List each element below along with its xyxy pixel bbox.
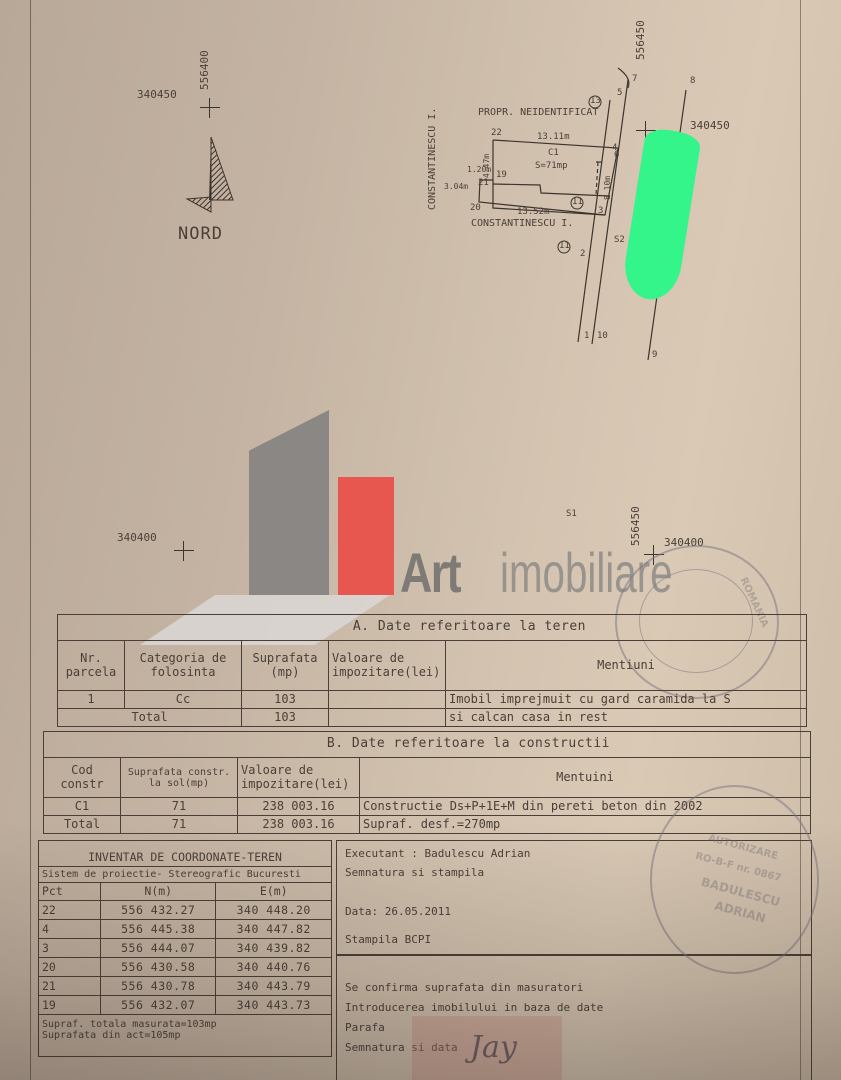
north-arrow-icon: [185, 135, 240, 215]
grid-easting-label: 340400: [117, 531, 157, 544]
table-row: 20556 430.58340 440.76: [39, 958, 332, 977]
col-header: Cod constr: [44, 758, 121, 798]
deed-area-note: Suprafata din act=105mp: [42, 1030, 328, 1041]
col-header: E(m): [216, 883, 332, 901]
col-header: Valoare de impozitare(lei): [329, 641, 446, 691]
point-label: 10: [597, 331, 608, 341]
inventory-projection: Sistem de proiectie- Stereografic Bucure…: [39, 867, 332, 883]
north-label: NORD: [178, 224, 223, 244]
grid-northing-label: 556450: [634, 20, 647, 60]
neighbor-south-label: CONSTANTINESCU I.: [471, 218, 573, 229]
signature-scribble: Jay: [470, 1030, 517, 1065]
col-header: Nr. parcela: [58, 641, 125, 691]
neighbor-number: 11: [559, 241, 570, 251]
col-header: Pct: [39, 883, 101, 901]
neighbor-north-label: PROPR. NEIDENTIFICAT: [478, 107, 598, 118]
col-header: Suprafata (mp): [242, 641, 329, 691]
point-label: 22: [491, 128, 502, 138]
point-label: 8: [690, 76, 695, 86]
table-row: 22556 432.27340 448.20: [39, 901, 332, 920]
coordinate-inventory-table: INVENTAR DE COORDONATE-TEREN Sistem de p…: [38, 840, 332, 1057]
dimension-left-lower: 3.04m: [444, 182, 468, 191]
point-label: 5: [617, 88, 622, 98]
point-label: 19: [496, 170, 507, 180]
grid-cross-icon: [200, 98, 220, 118]
grid-easting-label: 340450: [137, 88, 177, 101]
point-label: 3: [598, 206, 603, 216]
building-code: C1: [548, 148, 559, 158]
bcpi-stamp-line: Stampila BCPI: [345, 933, 431, 946]
table-row: 3556 444.07340 439.82: [39, 939, 332, 958]
point-label: 2: [580, 249, 585, 259]
station-label: S2: [614, 235, 625, 245]
point-label: 9: [652, 350, 657, 360]
grid-cross-icon: [174, 541, 194, 561]
dimension-right: 8.10m: [603, 176, 612, 200]
point-label: 20: [470, 203, 481, 213]
executant-date: Data: 26.05.2011: [345, 905, 451, 918]
logo-red-bar: [338, 477, 394, 595]
station-label: S1: [566, 509, 577, 519]
col-header: Categoria de folosinta: [125, 641, 242, 691]
logo-brand-bold: Art: [400, 540, 460, 605]
point-label: 21: [478, 178, 489, 188]
dimension-left-step: 1.20m: [467, 165, 491, 174]
confirmation-line: Parafa: [345, 1021, 385, 1034]
section-a-title: A. Date referitoare la teren: [58, 615, 807, 641]
table-total-row: Total 103 si calcan casa in rest: [58, 709, 807, 727]
logo-grey-bar: [249, 410, 329, 595]
neighbor-number: 13: [590, 96, 601, 106]
table-row: 21556 430.78340 443.79: [39, 977, 332, 996]
neighbor-west-label: CONSTANTINESCU I.: [427, 108, 438, 210]
inventory-title: INVENTAR DE COORDONATE-TEREN: [39, 841, 332, 867]
confirmation-line: Se confirma suprafata din masuratori: [345, 981, 583, 994]
point-label: 1: [584, 331, 589, 341]
building-area: S=71mp: [535, 161, 568, 171]
section-b-title: B. Date referitoare la constructii: [44, 732, 811, 758]
point-label: 7: [632, 74, 637, 84]
col-header: Mentiuni: [446, 641, 807, 691]
table-row: 19556 432.07340 443.73: [39, 996, 332, 1015]
measured-area-note: Supraf. totala masurata=103mp: [42, 1019, 328, 1030]
executant-name: Executant : Badulescu Adrian: [345, 847, 530, 860]
executant-sign-line: Semnatura si stampila: [345, 866, 484, 879]
col-header: Suprafata constr. la sol(mp): [121, 758, 238, 798]
table-row: 4556 445.38340 447.82: [39, 920, 332, 939]
dimension-top: 13.11m: [537, 132, 570, 142]
neighbor-number: 11: [572, 197, 583, 207]
surveyor-stamp-icon: AUTORIZARE RO-B-F nr. 0867 BADULESCU ADR…: [650, 785, 819, 974]
table-row: 1 Cc 103 Imobil imprejmuit cu gard caram…: [58, 691, 807, 709]
confirmation-line: Introducerea imobilului in baza de date: [345, 1001, 603, 1014]
grid-northing-label: 556400: [198, 50, 211, 90]
page-edge: [30, 0, 31, 1080]
col-header: Valoare de impozitare(lei): [238, 758, 360, 798]
point-label: 6: [614, 150, 619, 160]
land-data-table: A. Date referitoare la teren Nr. parcela…: [57, 614, 807, 727]
col-header: N(m): [101, 883, 216, 901]
dimension-bottom: 13.52m: [517, 207, 550, 217]
